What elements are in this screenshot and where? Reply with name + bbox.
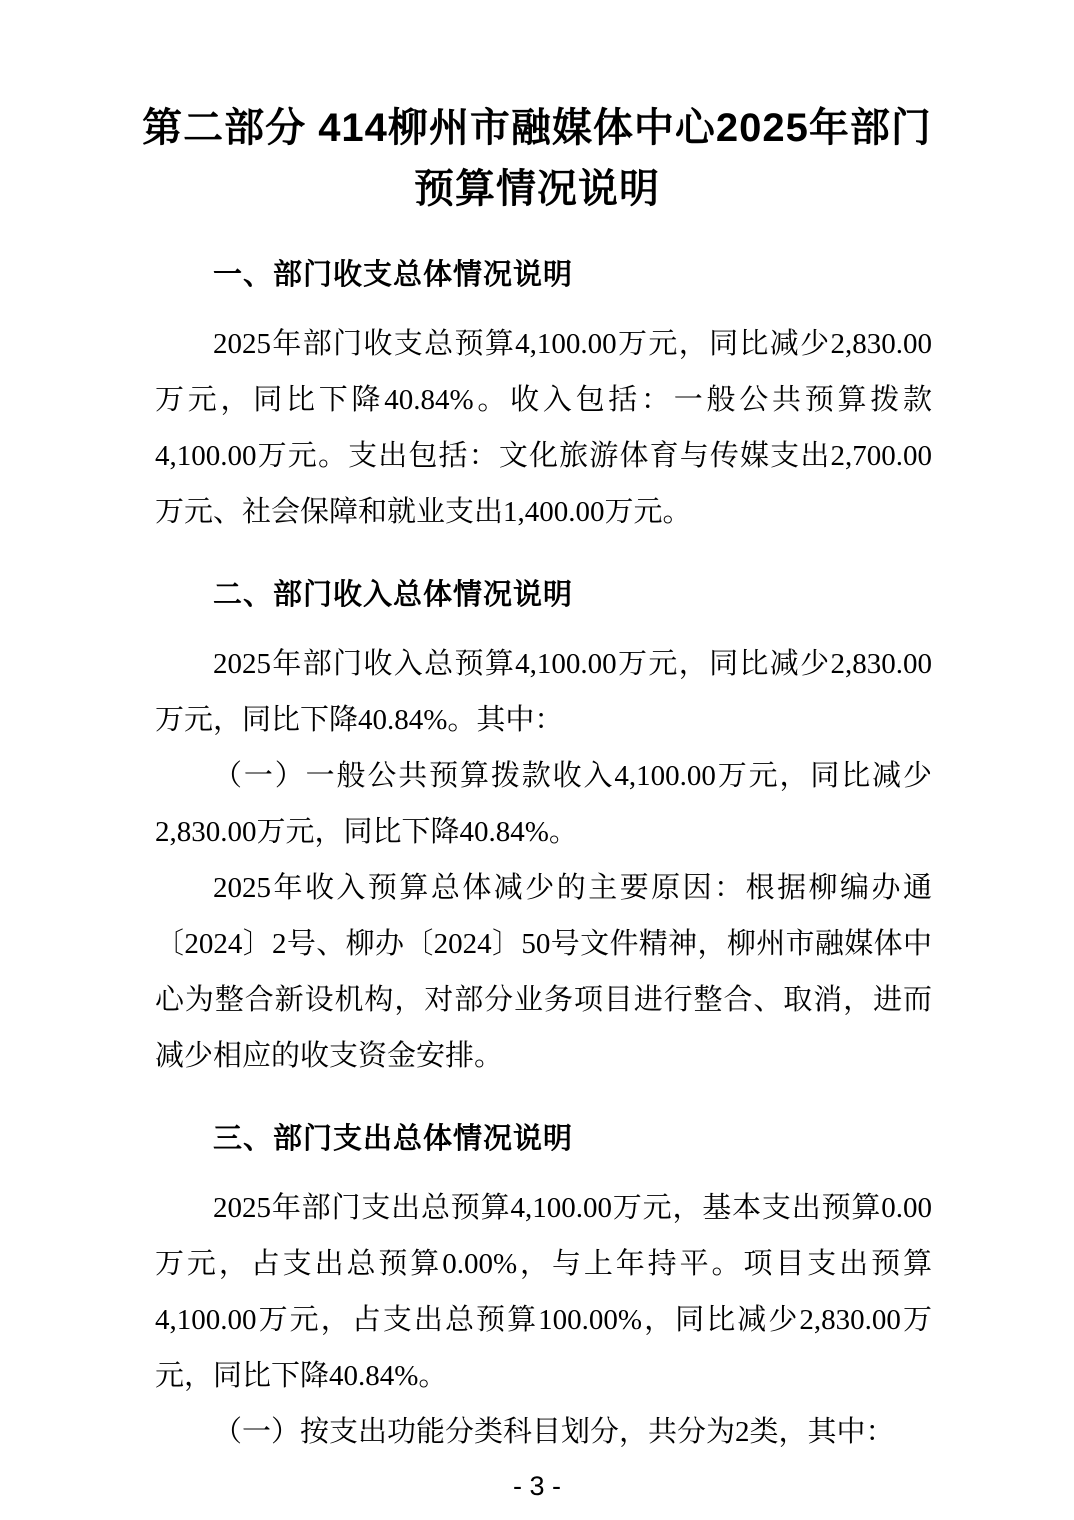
page-title-line-1: 第二部分 414柳州市融媒体中心2025年部门 [0, 98, 1074, 159]
page-title: 第二部分 414柳州市融媒体中心2025年部门 预算情况说明 [0, 0, 1074, 220]
section-heading-expenditure-overview: 三、部门支出总体情况说明 [155, 1114, 932, 1164]
section-heading-income-overview: 二、部门收入总体情况说明 [155, 570, 932, 620]
paragraph-income-decrease-reason: 2025年收入预算总体减少的主要原因：根据柳编办通〔2024〕2号、柳办〔202… [155, 860, 932, 1084]
paragraph-expenditure-classification: （一）按支出功能分类科目划分，共分为2类，其中： [155, 1404, 932, 1460]
document-page: 第二部分 414柳州市融媒体中心2025年部门 预算情况说明 一、部门收支总体情… [0, 0, 1074, 1520]
paragraph-income-total: 2025年部门收入总预算4,100.00万元，同比减少2,830.00万元，同比… [155, 636, 932, 748]
section-heading-income-expenditure-overview: 一、部门收支总体情况说明 [155, 250, 932, 300]
paragraph-expenditure-total: 2025年部门支出总预算4,100.00万元，基本支出预算0.00万元，占支出总… [155, 1180, 932, 1404]
page-title-line-2: 预算情况说明 [0, 159, 1074, 220]
document-body: 一、部门收支总体情况说明 2025年部门收支总预算4,100.00万元，同比减少… [0, 250, 1074, 1460]
paragraph-income-item-1: （一）一般公共预算拨款收入4,100.00万元，同比减少2,830.00万元，同… [155, 748, 932, 860]
paragraph-income-expenditure-overview: 2025年部门收支总预算4,100.00万元，同比减少2,830.00万元，同比… [155, 316, 932, 540]
page-number: - 3 - [0, 1471, 1074, 1502]
